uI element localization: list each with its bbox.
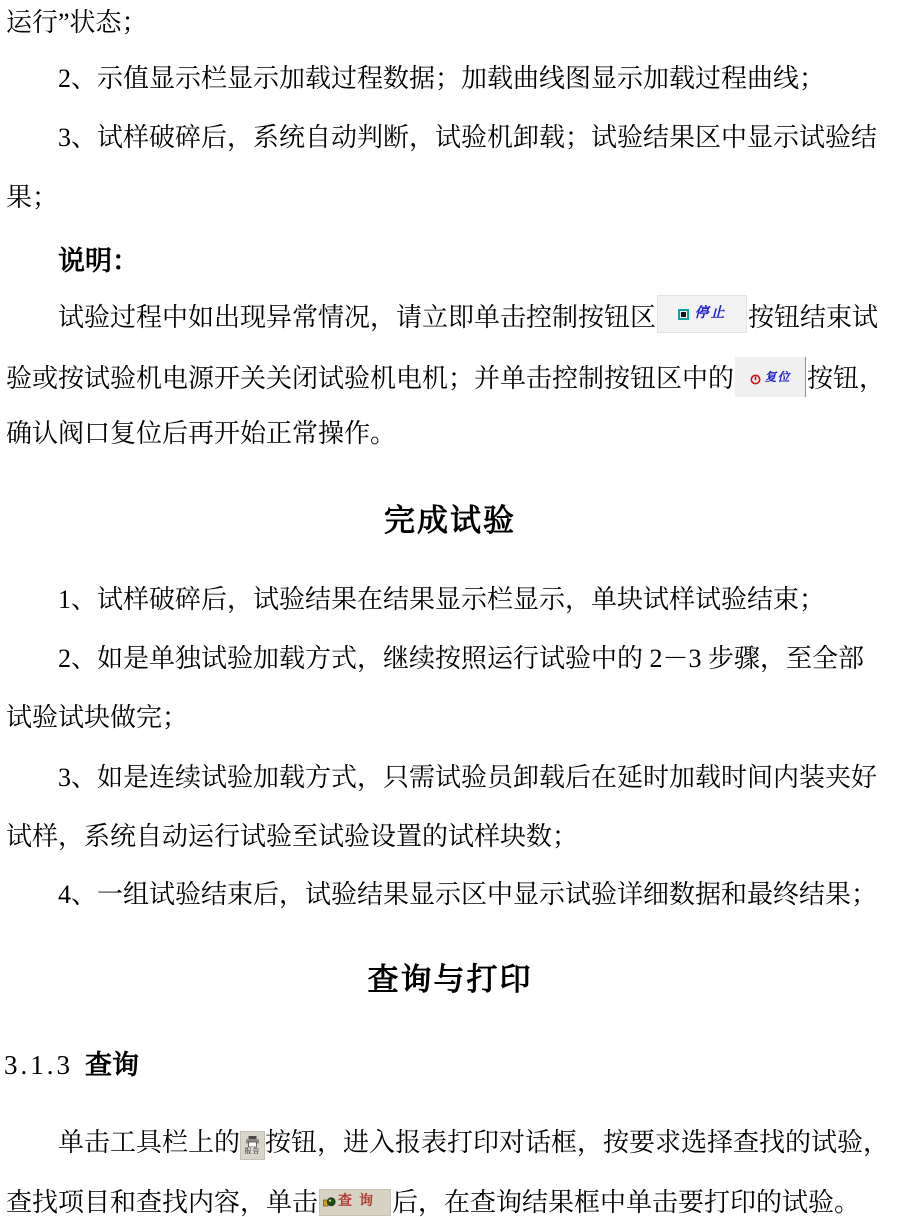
query-line2-text-after: 后，在查询结果框中单击要打印的试验。 bbox=[392, 1186, 860, 1217]
paragraph-line: 查找项目和查找内容，单击查 询后，在查询结果框中单击要打印的试验。 bbox=[6, 1184, 860, 1217]
section-heading-query-print: 查询与打印 bbox=[0, 954, 900, 999]
paragraph-line: 运行”状态； bbox=[6, 6, 148, 42]
note-line2-text-before: 验或按试验机电源开关关闭试验机电机；并单击控制按钮区中的 bbox=[6, 362, 734, 396]
reset-button-image: 复位 bbox=[735, 357, 806, 397]
query-line1-text-after: 按钮，进入报表打印对话框，按要求选择查找的试验， bbox=[265, 1126, 889, 1160]
paragraph-line: 单击工具栏上的报告按钮，进入报表打印对话框，按要求选择查找的试验， bbox=[58, 1124, 889, 1160]
stop-square-icon bbox=[678, 309, 689, 320]
section-heading-complete-test: 完成试验 bbox=[0, 495, 900, 540]
report-toolbar-button-image: 报告 bbox=[240, 1131, 265, 1160]
subsection-number: 3.1.3 bbox=[4, 1050, 73, 1080]
paragraph-line: 试验过程中如出现异常情况，请立即单击控制按钮区停止按钮结束试 bbox=[58, 299, 878, 335]
note-line2-text-after: 按钮， bbox=[807, 362, 885, 396]
list-item: 3、如是连续试验加载方式，只需试验员卸载后在延时加载时间内装夹好 bbox=[58, 761, 877, 797]
printer-icon bbox=[245, 1136, 260, 1147]
list-item: 2、如是单独试验加载方式，继续按照运行试验中的 2－3 步骤，至全部 bbox=[58, 642, 864, 678]
reset-button-label: 复位 bbox=[765, 360, 791, 394]
subsection-heading: 3.1.3查询 bbox=[4, 1043, 139, 1082]
list-item: 4、一组试验结束后，试验结果显示区中显示试验详细数据和最终结果； bbox=[58, 878, 877, 914]
query-line2-text-before: 查找项目和查找内容，单击 bbox=[6, 1186, 318, 1217]
search-icon bbox=[323, 1196, 336, 1208]
note-line1-text-before: 试验过程中如出现异常情况，请立即单击控制按钮区 bbox=[58, 301, 656, 335]
list-item: 3、试样破碎后，系统自动判断，试验机卸载；试验结果区中显示试验结 bbox=[58, 121, 877, 157]
paragraph-line: 试验试块做完； bbox=[6, 701, 188, 737]
query-button-image: 查 询 bbox=[319, 1189, 391, 1216]
paragraph-line: 确认阀口复位后再开始正常操作。 bbox=[6, 417, 396, 453]
note-heading: 说明： bbox=[58, 239, 139, 278]
subsection-title: 查询 bbox=[85, 1050, 139, 1080]
query-line1-text-before: 单击工具栏上的 bbox=[58, 1126, 240, 1160]
paragraph-line: 试样，系统自动运行试验至试验设置的试样块数； bbox=[6, 820, 578, 856]
paragraph-line: 验或按试验机电源开关关闭试验机电机；并单击控制按钮区中的复位按钮， bbox=[6, 359, 885, 395]
query-button-label: 查 询 bbox=[338, 1185, 373, 1217]
reset-circle-icon bbox=[750, 360, 761, 394]
document-page: 运行”状态； 2、示值显示栏显示加载过程数据；加载曲线图显示加载过程曲线； 3、… bbox=[0, 0, 900, 1217]
note-line1-text-after: 按钮结束试 bbox=[748, 301, 878, 335]
stop-button-label: 停止 bbox=[695, 297, 727, 331]
list-item: 2、示值显示栏显示加载过程数据；加载曲线图显示加载过程曲线； bbox=[58, 62, 825, 98]
stop-button-image: 停止 bbox=[657, 295, 747, 333]
list-item: 1、试样破碎后，试验结果在结果显示栏显示，单块试样试验结束； bbox=[58, 583, 825, 619]
paragraph-line: 果； bbox=[6, 181, 58, 217]
report-icon-label: 报告 bbox=[245, 1148, 261, 1155]
